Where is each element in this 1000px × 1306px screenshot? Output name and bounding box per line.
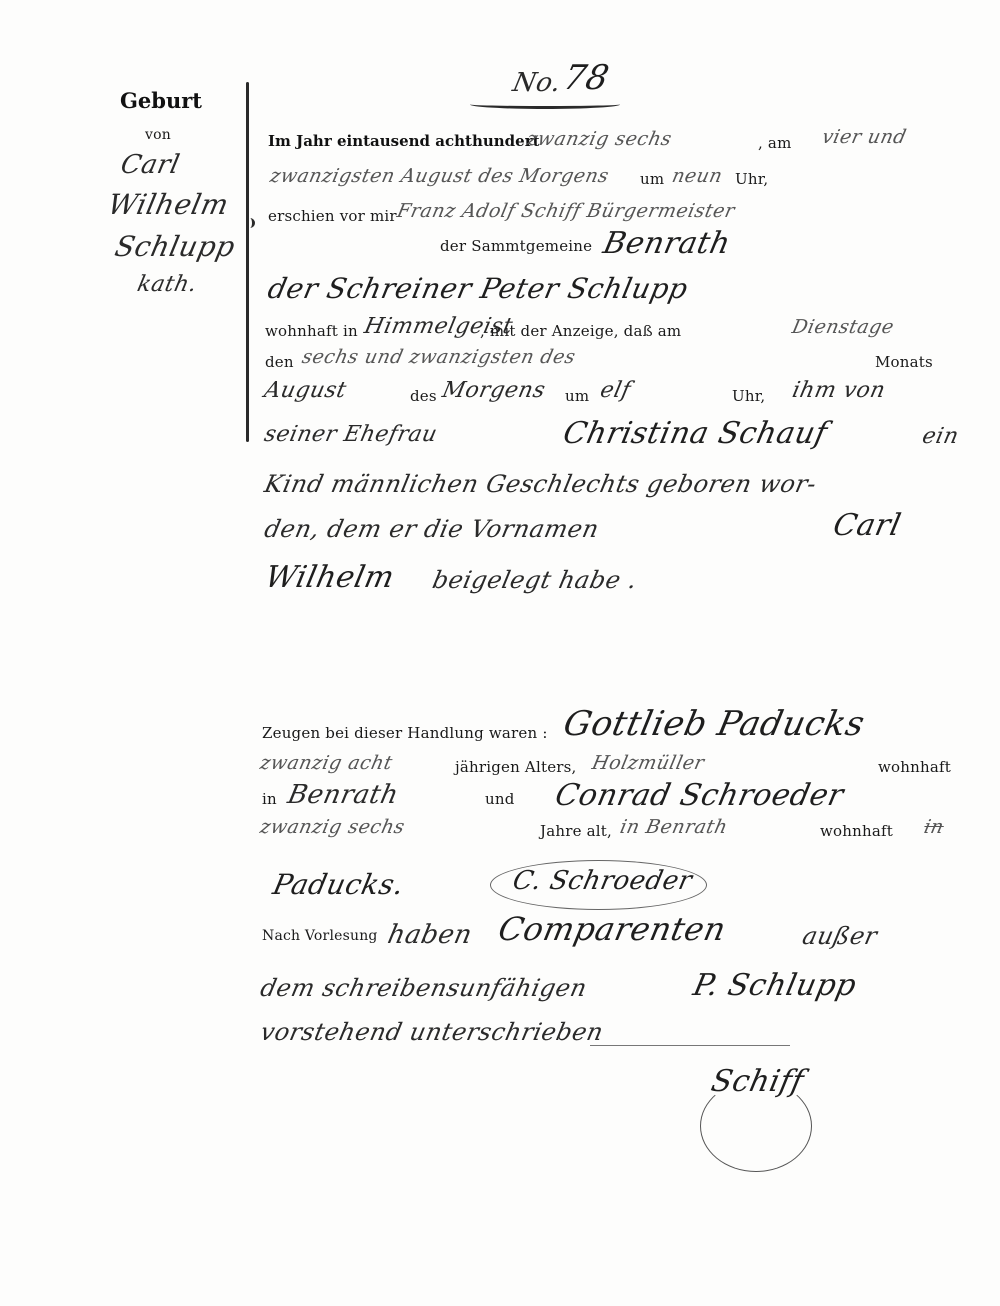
sammtgemeine-label: der Sammtgemeine — [440, 237, 592, 255]
text-vornamen: den, dem er die Vornamen — [262, 515, 602, 543]
entry-number: 78 — [560, 58, 613, 98]
date-value: sechs und zwanzigsten des — [300, 346, 578, 368]
year-label: Im Jahr eintausend achthundert — [268, 132, 540, 150]
um2-label: um — [565, 387, 589, 405]
wohnhaft-in-label: wohnhaft in — [265, 322, 358, 340]
commune-value: Benrath — [600, 226, 734, 261]
margin-bracket-line — [246, 82, 249, 442]
text-seiner-ehefrau: seiner Ehefrau — [262, 422, 440, 447]
time-of-day-value: Morgens — [440, 378, 548, 403]
comparenten: Comparenten — [495, 910, 729, 948]
weekday-value: Dienstage — [790, 316, 896, 338]
month-value: August — [262, 378, 349, 403]
monats-label: Monats — [875, 353, 933, 371]
margin-bracket-notch — [244, 218, 255, 228]
official-signature-flourish — [700, 1080, 812, 1172]
witness1-name: Gottlieb Paducks — [560, 704, 868, 744]
des-label: des — [410, 387, 437, 405]
entry-number-label: No. — [510, 68, 564, 98]
closing-unterschrieben: vorstehend unterschrieben — [258, 1018, 606, 1046]
jahre-alt-label: Jahre alt, — [540, 822, 612, 840]
hour-value: neun — [670, 165, 725, 187]
witness2-age: zwanzig sechs — [258, 816, 407, 838]
uhr2-label: Uhr, — [732, 387, 765, 405]
margin-heading: Geburt — [120, 88, 202, 113]
document-page: Geburt von Carl Wilhelm Schlupp kath. No… — [0, 0, 1000, 1306]
number-underline — [470, 100, 620, 109]
text-ein: ein — [920, 424, 961, 449]
child-first-name: Carl — [830, 508, 904, 543]
witness2-signature: C. Schroeder — [510, 866, 695, 896]
margin-name-wilhelm: Wilhelm — [105, 188, 232, 221]
in-label: in — [262, 790, 277, 808]
nach-vorlesung-label: Nach Vorlesung — [262, 928, 378, 944]
erschien-label: erschien vor mir — [268, 207, 397, 225]
margin-name-carl: Carl — [118, 150, 183, 180]
margin-religion: kath. — [135, 272, 199, 297]
witness1-signature: Paducks. — [270, 868, 407, 901]
declarant-value: der Schreiner Peter Schlupp — [265, 272, 691, 305]
closing-flourish-line — [590, 1045, 790, 1046]
closing-schreibensunfaehigen: dem schreibensunfähigen — [258, 974, 590, 1002]
struck-in: in — [922, 816, 946, 838]
year-value: zwanzig sechs — [525, 128, 674, 150]
witnesses-label: Zeugen bei dieser Handlung waren : — [262, 724, 548, 742]
witness1-residence: Benrath — [285, 780, 401, 810]
official-value: Franz Adolf Schiff Bürgermeister — [395, 200, 737, 222]
day-value: vier und — [820, 126, 909, 148]
und-label: und — [485, 790, 515, 808]
uhr-label: Uhr, — [735, 170, 768, 188]
wohnhaft2-label: wohnhaft — [820, 822, 893, 840]
child-second-name: Wilhelm — [262, 560, 398, 595]
witness1-age: zwanzig acht — [258, 752, 395, 774]
closing-haben: haben — [385, 920, 475, 950]
hour2-value: elf — [598, 378, 633, 403]
um-label: um — [640, 170, 664, 188]
closing-ausser: außer — [800, 922, 880, 950]
anzeige-label: , mit der Anzeige, daß am — [480, 322, 681, 340]
date-month-value: zwanzigsten August des Morgens — [268, 165, 611, 187]
witness2-residence: in Benrath — [618, 816, 730, 838]
wohnhaft-label: wohnhaft — [878, 758, 951, 776]
closing-signer: P. Schlupp — [690, 968, 860, 1003]
witness1-occupation: Holzmüller — [590, 752, 707, 774]
margin-von: von — [145, 127, 171, 143]
am-label: , am — [758, 134, 792, 152]
text-ihm-von: ihm von — [790, 378, 888, 403]
witness2-name: Conrad Schroeder — [552, 778, 847, 813]
mother-value: Christina Schauf — [560, 416, 830, 451]
margin-name-schlupp: Schlupp — [112, 230, 238, 263]
text-beigelegt: beigelegt habe . — [430, 566, 640, 594]
jaehrigen-label: jährigen Alters, — [455, 758, 577, 776]
text-kind-geboren: Kind männlichen Geschlechts geboren wor- — [262, 470, 819, 498]
den-label: den — [265, 353, 294, 371]
